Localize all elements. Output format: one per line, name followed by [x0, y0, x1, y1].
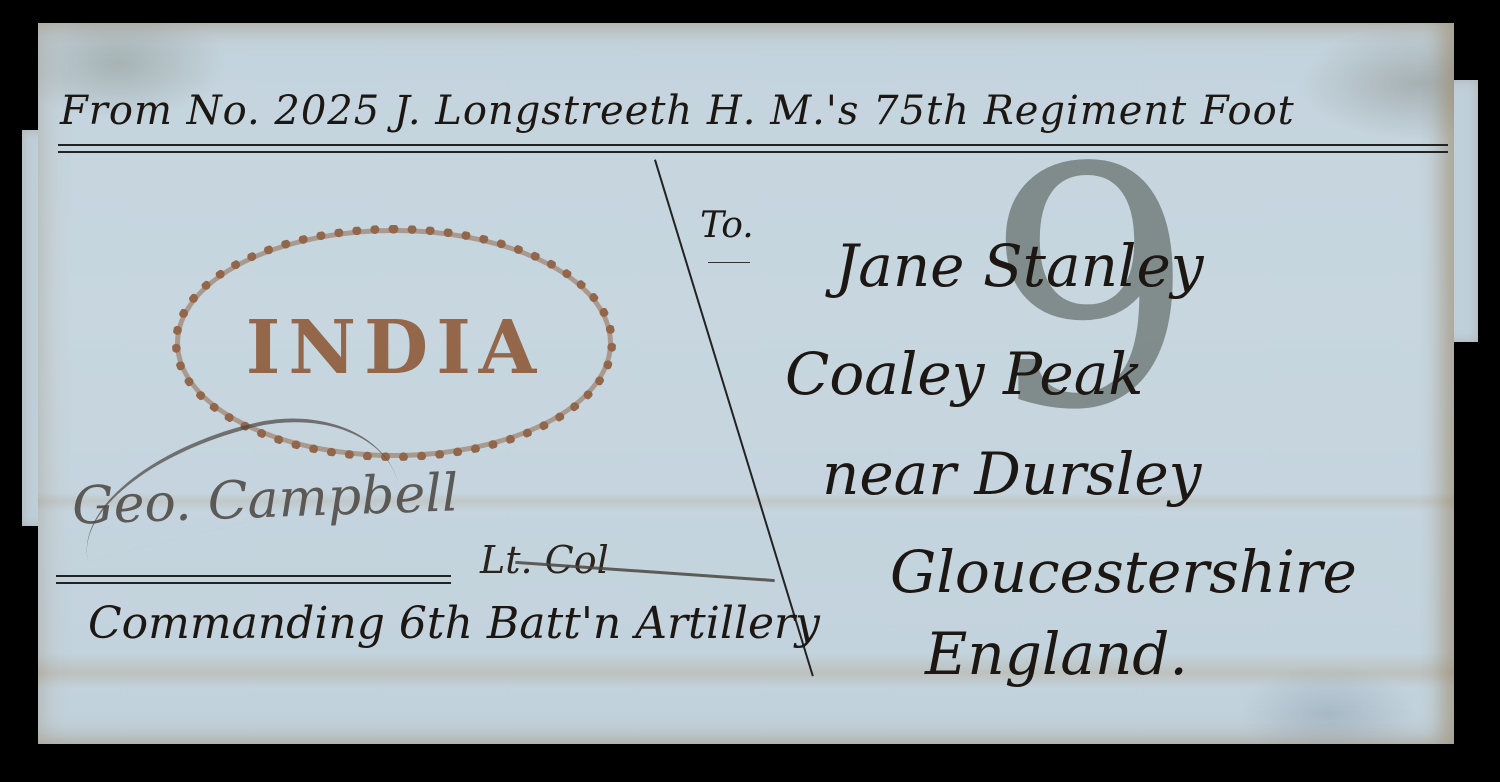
postmark-text: INDIA: [205, 305, 585, 391]
address-line-place: Coaley Peak: [785, 340, 1143, 408]
signature-underline-secondary: [56, 582, 451, 584]
to-underline: [708, 262, 750, 263]
signature-underline: [56, 575, 451, 577]
address-line-name: Jane Stanley: [835, 232, 1204, 300]
header-underline: [58, 144, 1448, 146]
address-line-country: England.: [925, 620, 1188, 688]
commanding-line: Commanding 6th Batt'n Artillery: [88, 598, 820, 649]
header-underline-secondary: [58, 151, 1448, 153]
address-line-county: Gloucestershire: [890, 538, 1357, 606]
to-label: To.: [700, 205, 754, 246]
rank-text: Lt. Col: [480, 538, 609, 582]
address-line-town: near Dursley: [822, 440, 1201, 508]
